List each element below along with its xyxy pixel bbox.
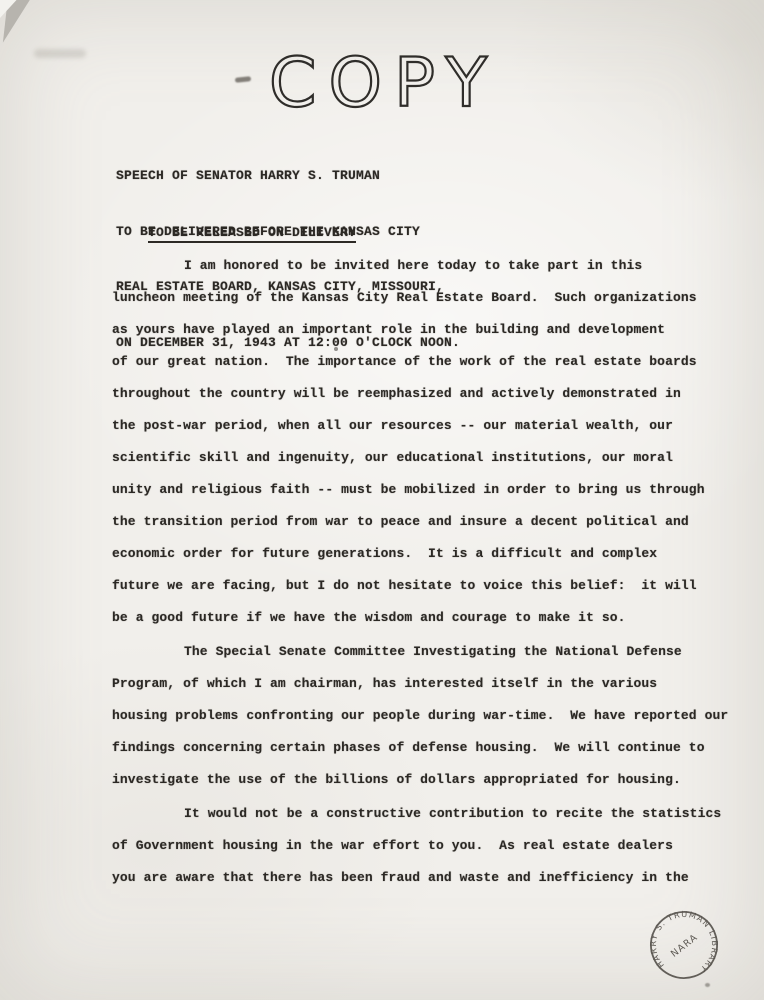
paragraph: It would not be a constructive contribut… [112, 798, 740, 894]
body-line: unity and religious faith -- must be mob… [112, 474, 740, 506]
body-line: luncheon meeting of the Kansas City Real… [112, 282, 740, 314]
body-line: the transition period from war to peace … [112, 506, 740, 538]
paragraph: I am honored to be invited here today to… [112, 250, 740, 634]
stamp-center-text: NARA [669, 932, 700, 960]
copy-watermark-text: COPY [269, 44, 499, 122]
copy-watermark: COPY [244, 38, 524, 122]
body-line: of our great nation. The importance of t… [112, 346, 740, 378]
body-line: be a good future if we have the wisdom a… [112, 602, 740, 634]
speech-body: I am honored to be invited here today to… [112, 250, 740, 896]
body-line: future we are facing, but I do not hesit… [112, 570, 740, 602]
header-line: SPEECH OF SENATOR HARRY S. TRUMAN [116, 167, 460, 186]
body-line: investigate the use of the billions of d… [112, 764, 740, 796]
body-line: the post-war period, when all our resour… [112, 410, 740, 442]
body-line: It would not be a constructive contribut… [112, 798, 740, 830]
body-line: housing problems confronting our people … [112, 700, 740, 732]
body-line: as yours have played an important role i… [112, 314, 740, 346]
body-line: scientific skill and ingenuity, our educ… [112, 442, 740, 474]
body-line: of Government housing in the war effort … [112, 830, 740, 862]
body-line: you are aware that there has been fraud … [112, 862, 740, 894]
body-line: findings concerning certain phases of de… [112, 732, 740, 764]
archive-stamp: HARRY S. TRUMAN LIBRARY NARA [646, 907, 722, 983]
ink-smudge [34, 49, 86, 58]
release-note-text: TO BE RELEASED ON DELIVERY [148, 225, 356, 243]
body-line: throughout the country will be reemphasi… [112, 378, 740, 410]
paragraph: The Special Senate Committee Investigati… [112, 636, 740, 796]
ink-speck [705, 983, 710, 987]
body-line: I am honored to be invited here today to… [112, 250, 740, 282]
document-page: COPY SPEECH OF SENATOR HARRY S. TRUMAN T… [0, 0, 764, 1000]
body-line: Program, of which I am chairman, has int… [112, 668, 740, 700]
body-line: economic order for future generations. I… [112, 538, 740, 570]
body-line: The Special Senate Committee Investigati… [112, 636, 740, 668]
